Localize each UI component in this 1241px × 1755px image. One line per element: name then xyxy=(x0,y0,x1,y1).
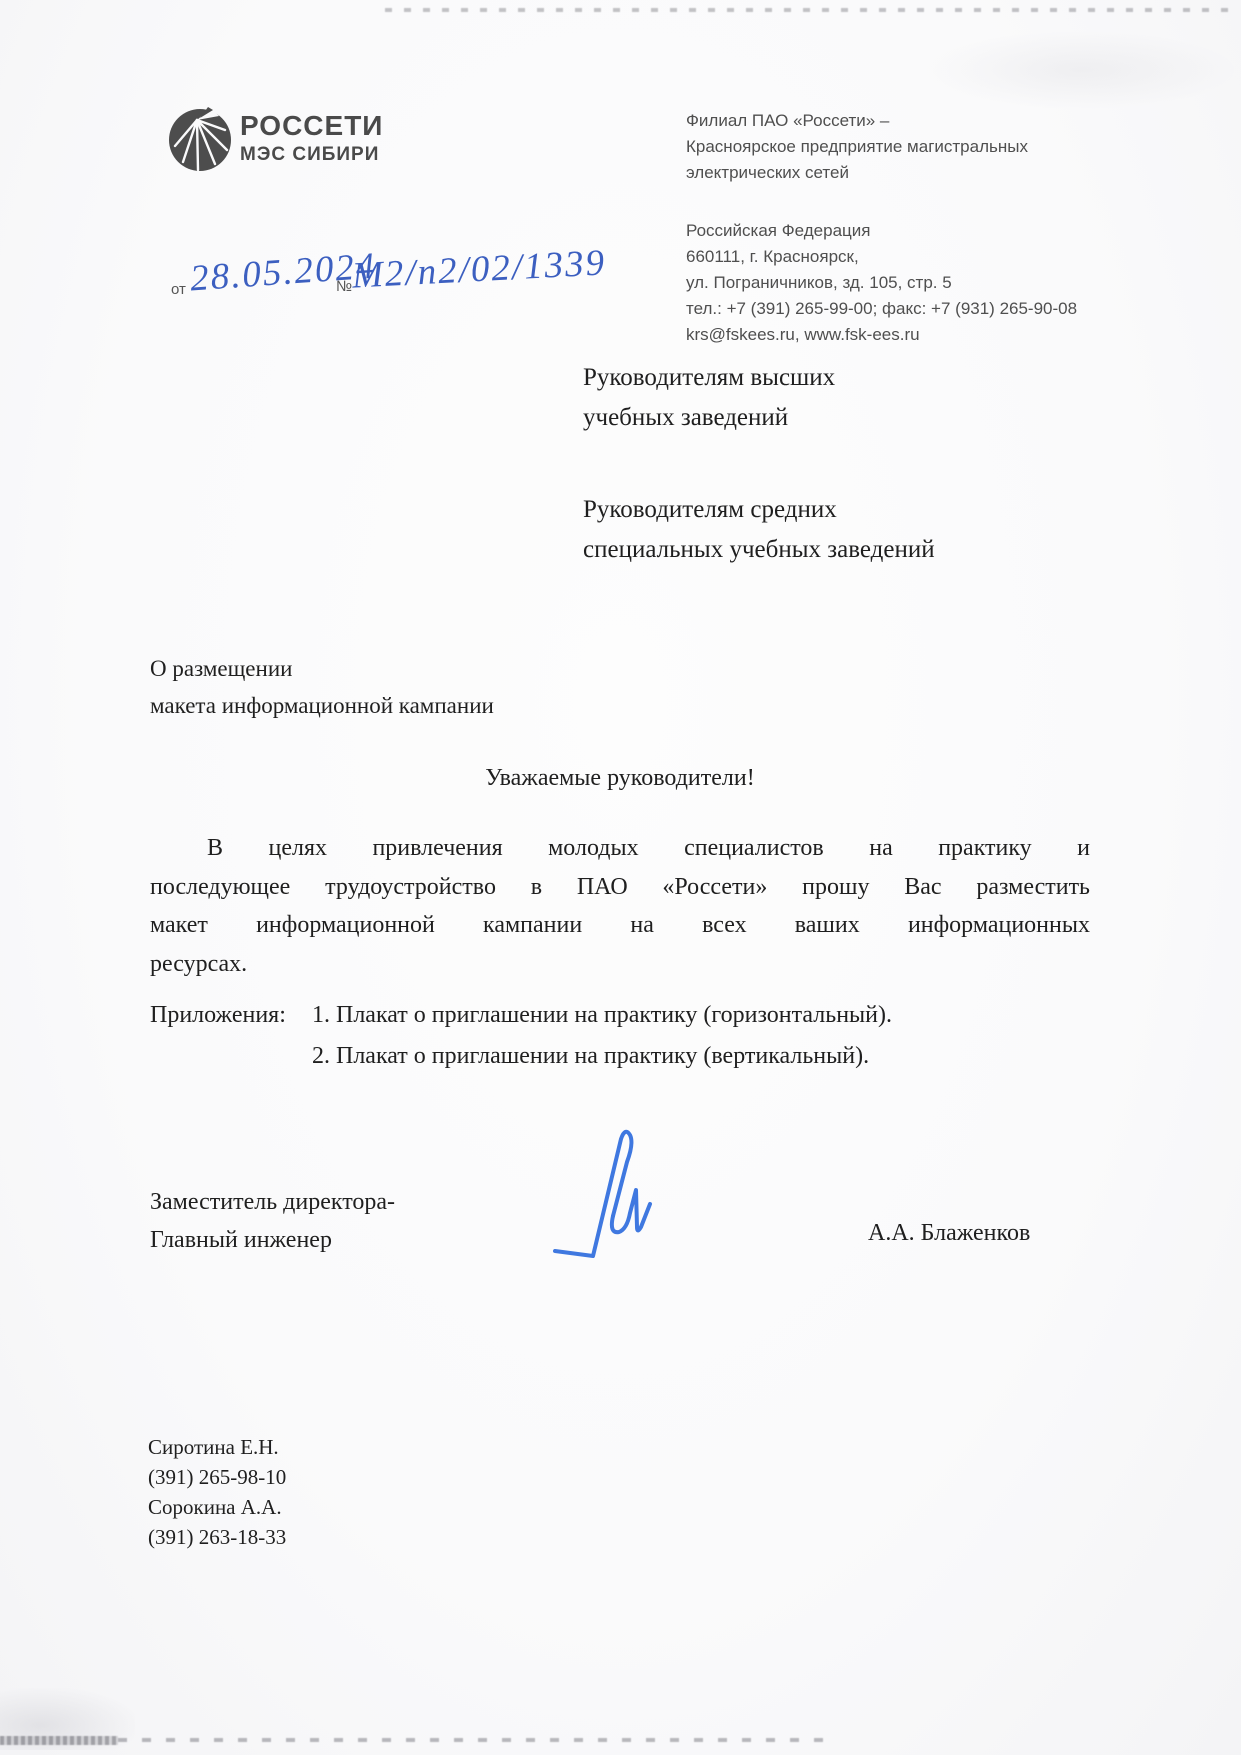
letterhead-org-line: Филиал ПАО «Россети» – xyxy=(686,108,1156,134)
subject-block: О размещении макета информационной кампа… xyxy=(150,650,670,724)
body-line: макет информационной кампании на всех ва… xyxy=(150,906,1090,945)
scan-artifact-top-dashes xyxy=(385,8,1235,12)
handwritten-number: М2/п2/02/1339 xyxy=(351,241,607,297)
addressee-line: Руководителям средних xyxy=(583,490,1063,530)
scan-artifact-bottom-dashes xyxy=(118,1738,838,1742)
salutation: Уважаемые руководители! xyxy=(150,765,1090,792)
contact-line: Сиротина Е.Н. xyxy=(148,1432,286,1462)
handwritten-signature xyxy=(533,1115,688,1270)
scan-artifact-bottom-strip xyxy=(0,1736,118,1745)
subject-line: О размещении xyxy=(150,650,670,687)
addressee-line: специальных учебных заведений xyxy=(583,530,1063,570)
date-label: от xyxy=(171,281,186,298)
number-label: № xyxy=(336,278,352,295)
signoff-position-line: Заместитель директора- xyxy=(150,1183,395,1221)
signoff-position: Заместитель директора- Главный инженер xyxy=(150,1183,395,1259)
body-paragraph: В целях привлечения молодых специалистов… xyxy=(150,829,1090,983)
letterhead-address-line: Российская Федерация xyxy=(686,218,1156,244)
signoff-position-line: Главный инженер xyxy=(150,1221,395,1259)
addressee-block-universities: Руководителям высших учебных заведений xyxy=(583,358,1063,438)
body-line: последующее трудоустройство в ПАО «Россе… xyxy=(150,868,1090,907)
brand-division: МЭС СИБИРИ xyxy=(240,144,379,166)
contact-line: Сорокина А.А. xyxy=(148,1492,286,1522)
body-line: В целях привлечения молодых специалистов… xyxy=(150,829,1090,868)
letterhead-address-line: ул. Пограничников, зд. 105, стр. 5 xyxy=(686,270,1156,296)
attachment-item: 1. Плакат о приглашении на практику (гор… xyxy=(312,995,892,1036)
contact-line: (391) 263-18-33 xyxy=(148,1522,286,1552)
addressee-line: Руководителям высших xyxy=(583,358,1063,398)
letterhead-address-line: 660111, г. Красноярск, xyxy=(686,244,1156,270)
attachments-block: Приложения: 1. Плакат о приглашении на п… xyxy=(150,995,1110,1077)
brand-wordmark: РОССЕТИ xyxy=(240,110,383,142)
scan-artifact-top-smudge xyxy=(920,30,1240,110)
letterhead-address-line: тел.: +7 (391) 265-99-00; факс: +7 (931)… xyxy=(686,296,1156,322)
attachment-row: Приложения: 1. Плакат о приглашении на п… xyxy=(150,995,1110,1036)
addressee-line: учебных заведений xyxy=(583,398,1063,438)
letterhead-org-line: электрических сетей xyxy=(686,160,1156,186)
contacts-block: Сиротина Е.Н. (391) 265-98-10 Сорокина А… xyxy=(148,1432,286,1552)
addressee-block-colleges: Руководителям средних специальных учебны… xyxy=(583,490,1063,570)
contact-line: (391) 265-98-10 xyxy=(148,1462,286,1492)
attachments-label: Приложения: xyxy=(150,995,312,1036)
subject-line: макета информационной кампании xyxy=(150,687,670,724)
rosseti-logo-icon xyxy=(167,106,233,172)
attachment-item: 2. Плакат о приглашении на практику (вер… xyxy=(312,1036,1110,1077)
letterhead-address-line: krs@fskees.ru, www.fsk-ees.ru xyxy=(686,322,1156,348)
body-line: ресурсах. xyxy=(150,945,1090,984)
letterhead-address: Российская Федерация 660111, г. Краснояр… xyxy=(686,218,1156,348)
scanned-letter-page: РОССЕТИ МЭС СИБИРИ Филиал ПАО «Россети» … xyxy=(0,0,1241,1755)
letterhead-organization: Филиал ПАО «Россети» – Красноярское пред… xyxy=(686,108,1156,186)
signoff-name: А.А. Блаженков xyxy=(868,1220,1030,1247)
letterhead-org-line: Красноярское предприятие магистральных xyxy=(686,134,1156,160)
